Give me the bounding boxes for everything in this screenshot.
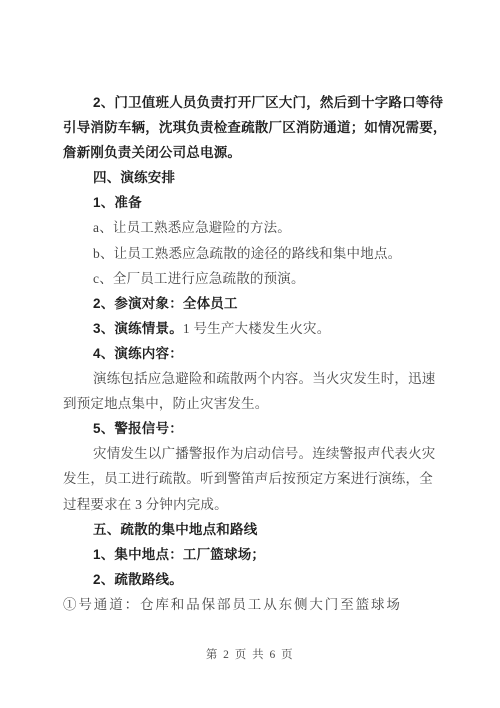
text-segment: a、让员工熟悉应急避险的方法。 [93,220,291,235]
text-segment: 到预定地点集中，防止灾害发生。 [63,396,269,411]
text-segment: 2、疏散路线。 [93,572,183,587]
text-line: 演练包括应急避险和疏散两个内容。当火灾发生时，迅速 [63,366,445,391]
text-line: b、让员工熟悉应急疏散的途径的路线和集中地点。 [63,241,445,266]
text-line: 1、集中地点：工厂篮球场； [63,542,445,567]
text-line: 2、门卫值班人员负责打开厂区大门，然后到十字路口等待 [63,90,445,115]
text-segment: 过程要求在 3 分钟内完成。 [63,497,228,512]
text-line: 4、演练内容： [63,341,445,366]
text-segment: 2、门卫值班人员负责打开厂区大门，然后到十字路口等待 [93,95,443,110]
text-segment: 詹新刚负责关闭公司总电源。 [63,145,241,160]
text-line: 过程要求在 3 分钟内完成。 [63,492,445,517]
text-line: 引导消防车辆，沈琪负责检查疏散厂区消防通道；如情况需要， [63,115,445,140]
text-segment: 五、疏散的集中地点和路线 [93,522,257,537]
text-line: 四、演练安排 [63,165,445,190]
text-line: a、让员工熟悉应急避险的方法。 [63,215,445,240]
text-segment: 发生，员工进行疏散。听到警笛声后按预定方案进行演练，全 [63,471,433,486]
document-page: 2、门卫值班人员负责打开厂区大门，然后到十字路口等待引导消防车辆，沈琪负责检查疏… [0,0,500,708]
text-line: ①号通道：仓库和品保部员工从东侧大门至篮球场 [63,592,445,617]
text-line: c、全厂员工进行应急疏散的预演。 [63,266,445,291]
text-segment: 1、准备 [93,195,142,210]
text-segment: 5、警报信号： [93,421,183,436]
text-line: 3、演练情景。1 号生产大楼发生火灾。 [63,316,445,341]
page-footer: 第 2 页 共 6 页 [0,646,500,664]
text-line: 5、警报信号： [63,416,445,441]
text-segment: 灾情发生以广播警报作为启动信号。连续警报声代表火灾 [93,446,436,461]
text-segment: 4、演练内容： [93,346,183,361]
text-segment: 四、演练安排 [93,170,175,185]
page-number-label: 第 2 页 共 6 页 [206,649,294,661]
text-segment: 演练包括应急避险和疏散两个内容。当火灾发生时，迅速 [93,371,436,386]
text-segment: 引导消防车辆，沈琪负责检查疏散厂区消防通道；如情况需要， [63,120,447,135]
text-line: 灾情发生以广播警报作为启动信号。连续警报声代表火灾 [63,441,445,466]
text-line: 1、准备 [63,190,445,215]
text-segment: 3、演练情景。 [93,321,183,336]
document-body: 2、门卫值班人员负责打开厂区大门，然后到十字路口等待引导消防车辆，沈琪负责检查疏… [63,90,445,617]
text-segment: ①号通道：仓库和品保部员工从东侧大门至篮球场 [63,597,402,612]
text-line: 2、参演对象：全体员工 [63,291,445,316]
text-segment: 2、参演对象：全体员工 [93,296,238,311]
text-line: 五、疏散的集中地点和路线 [63,517,445,542]
text-line: 2、疏散路线。 [63,567,445,592]
text-line: 发生，员工进行疏散。听到警笛声后按预定方案进行演练，全 [63,466,445,491]
text-line: 詹新刚负责关闭公司总电源。 [63,140,445,165]
text-segment: 1 号生产大楼发生火灾。 [183,321,331,336]
text-segment: 1、集中地点：工厂篮球场； [93,547,265,562]
text-segment: c、全厂员工进行应急疏散的预演。 [93,271,305,286]
text-line: 到预定地点集中，防止灾害发生。 [63,391,445,416]
text-segment: b、让员工熟悉应急疏散的途径的路线和集中地点。 [93,246,401,261]
